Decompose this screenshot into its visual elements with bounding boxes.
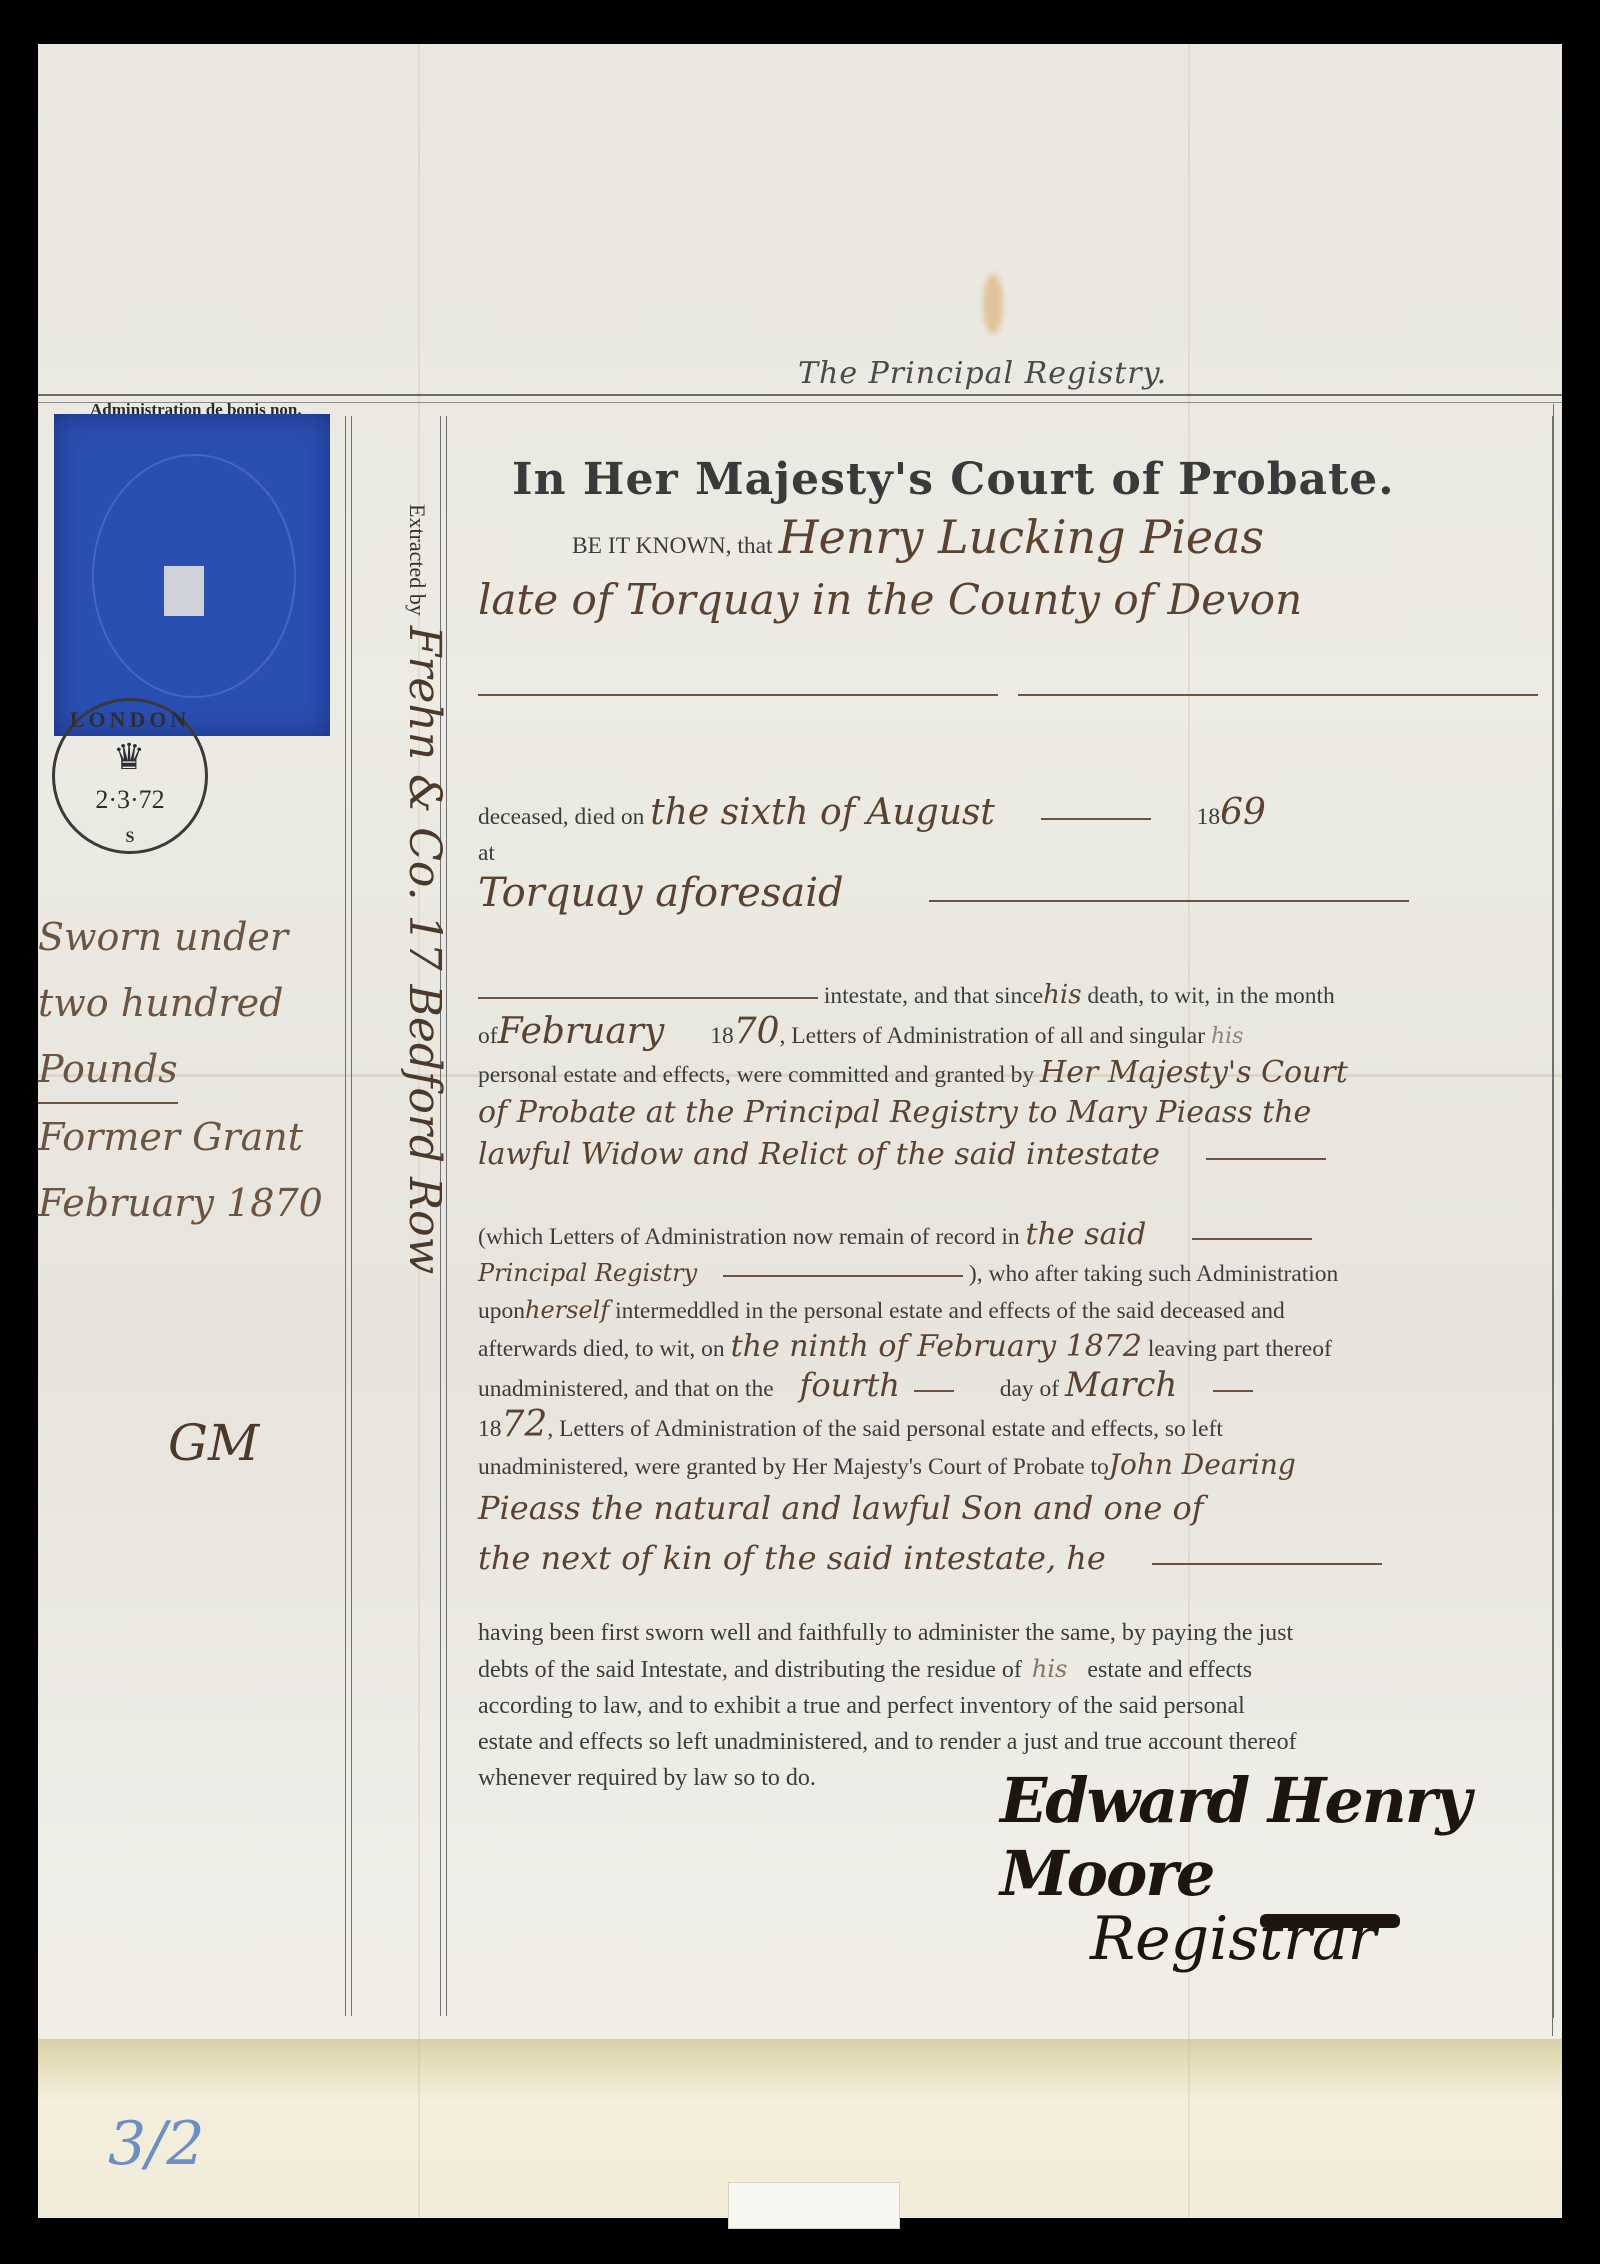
margin-line: Former Grant: [38, 1104, 358, 1170]
printed-text: , Letters of Administration of all and s…: [780, 1023, 1206, 1049]
printed-text: BE IT KNOWN, that: [572, 533, 773, 559]
granting-court: Her Majesty's Court: [1040, 1055, 1348, 1090]
blank-line: [478, 997, 818, 999]
divider: [38, 394, 1562, 396]
printed-text: (which Letters of Administration now rem…: [478, 1224, 1020, 1250]
printed-text: 18: [478, 1416, 502, 1442]
printed-text: estate and effects so left unadministere…: [478, 1729, 1297, 1755]
postmark-date: 2·3·72: [55, 785, 205, 815]
foil-seal-icon: [164, 566, 204, 616]
blank-line: [914, 1390, 954, 1392]
grant-year: 72: [502, 1404, 548, 1445]
blank-line: [478, 694, 998, 696]
blank-line: [929, 900, 1409, 902]
printed-text: at: [478, 840, 495, 866]
blank-line: [723, 1275, 963, 1277]
margin-line: Sworn under: [38, 904, 358, 970]
postmark-city: LONDON: [55, 707, 205, 733]
printed-text: personal estate and effects, were commit…: [478, 1062, 1034, 1088]
signature-name: Edward Henry Moore: [1000, 1764, 1562, 1910]
printed-text: 18: [1197, 804, 1221, 830]
first-grant-year: 70: [734, 1011, 780, 1052]
printed-text: afterwards died, to wit, on: [478, 1336, 725, 1362]
record-location: Principal Registry: [478, 1259, 697, 1287]
printed-text: day of: [1000, 1376, 1059, 1402]
new-administrator-relation: Pieass the natural and lawful Son and on…: [478, 1489, 1204, 1527]
date-of-death: the sixth of August: [650, 792, 995, 833]
grant-day: fourth: [800, 1366, 900, 1404]
extracted-by-solicitor: Frehn & Co. 17 Bedford Row: [399, 626, 450, 1275]
revenue-stamp: [54, 414, 330, 736]
blank-line: [1192, 1238, 1312, 1240]
grant-text: In Her Majesty's Court of Probate. BE IT…: [478, 416, 1553, 1796]
printed-text: upon: [478, 1298, 525, 1324]
divider: [38, 402, 1562, 403]
new-administrator-name: John Dearing: [1109, 1448, 1296, 1481]
margin-line: two hundred: [38, 970, 358, 1036]
fold-line: [418, 2039, 420, 2218]
deceased-residence: late of Torquay in the County of Devon: [478, 575, 1302, 624]
place-of-death: Torquay aforesaid: [478, 870, 844, 916]
printed-text: ), who after taking such Administration: [969, 1261, 1338, 1287]
probate-document: The Principal Registry. Administration d…: [38, 44, 1562, 2218]
administrator-relation: lawful Widow and Relict of the said inte…: [478, 1137, 1160, 1172]
printed-text: unadministered, were granted by Her Maje…: [478, 1454, 1109, 1480]
printed-text: intestate, and that since: [824, 983, 1043, 1009]
registry-heading: The Principal Registry.: [798, 356, 1167, 391]
postmark-letter: S: [55, 829, 205, 847]
record-location: the said: [1026, 1217, 1147, 1252]
first-grant-month: February: [498, 1011, 665, 1052]
pronoun: his: [1043, 980, 1081, 1010]
blank-line: [1213, 1390, 1253, 1392]
margin-line: February 1870: [38, 1170, 358, 1236]
margin-line: Pounds: [38, 1036, 178, 1104]
blank-line: [1152, 1563, 1382, 1565]
printed-text: of: [478, 1023, 498, 1049]
printed-text: 18: [710, 1023, 734, 1049]
crown-icon: ♛: [103, 737, 155, 777]
pronoun: his: [1211, 1024, 1244, 1049]
pronoun: his: [1032, 1655, 1067, 1683]
extracted-by-label: Extracted by: [405, 504, 430, 616]
deceased-name: Henry Lucking Pieas: [778, 510, 1264, 564]
printed-text: having been first sworn well and faithfu…: [478, 1620, 1293, 1646]
paper-tab: [728, 2182, 900, 2229]
margin-note: Sworn under two hundred Pounds Former Gr…: [38, 904, 358, 1236]
printed-text: death, to wit, in the month: [1087, 983, 1334, 1009]
extracted-by: Extracted byFrehn & Co. 17 Bedford Row: [399, 504, 450, 1274]
first-administrator: of Probate at the Principal Registry to …: [478, 1095, 1311, 1130]
printed-text: deceased, died on: [478, 804, 644, 830]
pronoun: herself: [525, 1296, 609, 1324]
grant-month: March: [1065, 1365, 1177, 1405]
printed-text: estate and effects: [1087, 1657, 1252, 1683]
year-of-death: 69: [1220, 792, 1266, 833]
fold-line: [1188, 2039, 1190, 2218]
printed-text: intermeddled in the personal estate and …: [615, 1298, 1285, 1324]
printed-text: debts of the said Intestate, and distrib…: [478, 1657, 1022, 1683]
stain: [983, 274, 1003, 334]
blank-line: [1041, 818, 1151, 820]
printed-text: whenever required by law so to do.: [478, 1765, 816, 1791]
blank-line: [1018, 694, 1538, 696]
administrator-death-date: the ninth of February 1872: [731, 1329, 1142, 1364]
court-title: In Her Majesty's Court of Probate.: [512, 454, 1553, 505]
ink-blot: [1260, 1914, 1400, 1928]
printed-text: , Letters of Administration of the said …: [547, 1416, 1223, 1442]
printed-text: unadministered, and that on the: [478, 1376, 774, 1402]
new-administrator-relation: the next of kin of the said intestate, h…: [478, 1539, 1106, 1577]
london-postmark: LONDON ♛ 2·3·72 S: [52, 698, 208, 854]
blank-line: [1206, 1158, 1326, 1160]
printed-text: leaving part thereof: [1148, 1336, 1332, 1362]
margin-initials: GM: [168, 1414, 259, 1472]
pencil-mark: 3/2: [108, 2109, 205, 2179]
registrar-signature: Edward Henry Moore Registrar: [1000, 1764, 1562, 1974]
printed-text: according to law, and to exhibit a true …: [478, 1693, 1245, 1719]
